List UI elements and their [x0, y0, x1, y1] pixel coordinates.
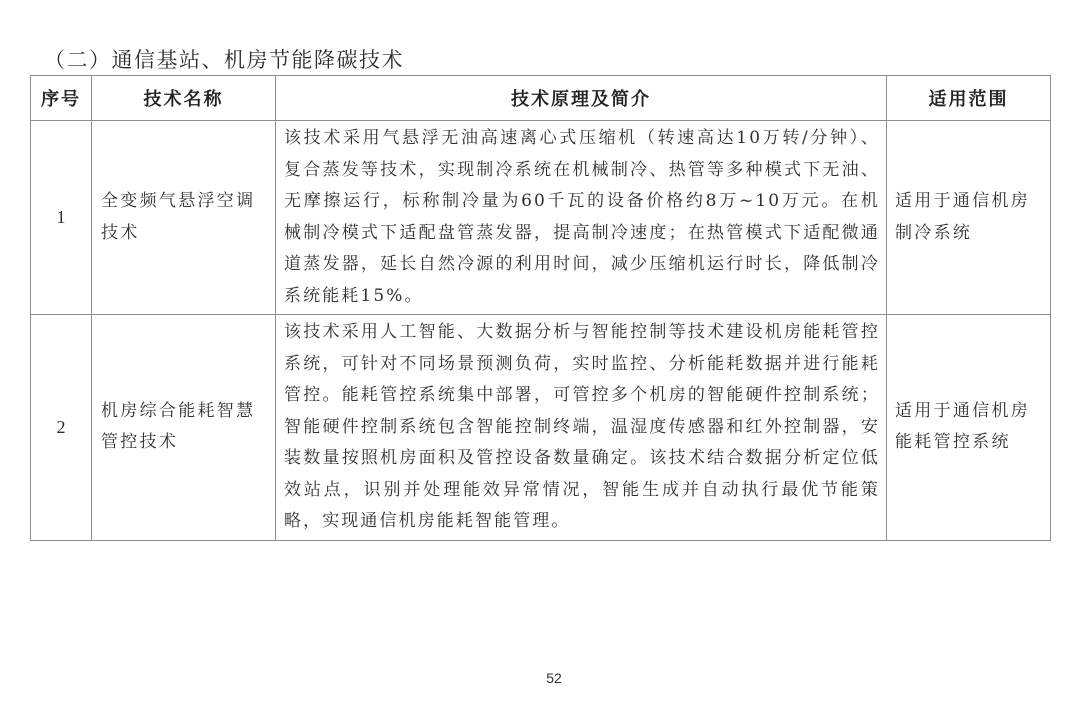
- table-row: 2 机房综合能耗智慧管控技术 该技术采用人工智能、大数据分析与智能控制等技术建设…: [31, 315, 1051, 541]
- technology-description: 该技术采用气悬浮无油高速离心式压缩机（转速高达10万转/分钟）、复合蒸发等技术，…: [276, 121, 887, 315]
- row-index: 2: [31, 315, 92, 541]
- technology-description: 该技术采用人工智能、大数据分析与智能控制等技术建设机房能耗管控系统，可针对不同场…: [276, 315, 887, 541]
- table-row: 1 全变频气悬浮空调技术 该技术采用气悬浮无油高速离心式压缩机（转速高达10万转…: [31, 121, 1051, 315]
- row-index: 1: [31, 121, 92, 315]
- applicable-scope: 适用于通信机房制冷系统: [887, 121, 1051, 315]
- table-header-row: 序号 技术名称 技术原理及简介 适用范围: [31, 76, 1051, 121]
- header-index: 序号: [31, 76, 92, 121]
- technology-name: 机房综合能耗智慧管控技术: [92, 315, 276, 541]
- header-description: 技术原理及简介: [276, 76, 887, 121]
- page-number: 52: [0, 670, 1080, 686]
- technology-table: 序号 技术名称 技术原理及简介 适用范围 1 全变频气悬浮空调技术 该技术采用气…: [30, 75, 1051, 541]
- technology-name: 全变频气悬浮空调技术: [92, 121, 276, 315]
- applicable-scope: 适用于通信机房能耗管控系统: [887, 315, 1051, 541]
- header-name: 技术名称: [92, 76, 276, 121]
- section-title: （二）通信基站、机房节能降碳技术: [44, 44, 404, 74]
- header-scope: 适用范围: [887, 76, 1051, 121]
